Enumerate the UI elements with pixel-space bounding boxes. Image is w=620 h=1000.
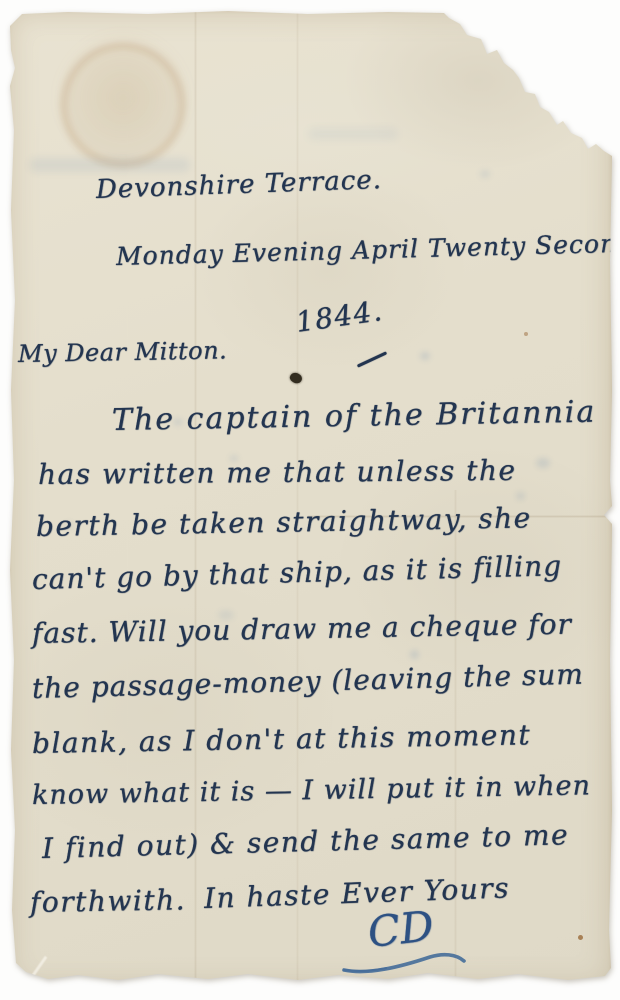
body-line: know what it is — I will put it in when	[32, 770, 591, 811]
body-line: forthwith.	[30, 883, 187, 919]
ghost-ink-offset	[308, 128, 398, 140]
ink-dash	[357, 351, 387, 367]
letter-paper: Devonshire Terrace. Monday Evening April…	[8, 10, 612, 988]
closing: In haste Ever Yours	[203, 871, 510, 915]
date-line: Monday Evening April Twenty Second	[116, 228, 620, 271]
ink-smudge	[420, 352, 430, 360]
body-line: fast. Will you draw me a cheque for	[32, 608, 572, 650]
rust-speck	[578, 935, 583, 940]
ring-stain	[60, 42, 186, 168]
ghost-ink-offset	[30, 158, 190, 172]
body-line: the passage-money (leaving the sum	[32, 658, 585, 705]
rust-speck	[524, 332, 528, 336]
body-line: has written me that unless the	[38, 454, 517, 491]
body-line: The captain of the Britannia	[112, 395, 597, 438]
ink-smudge	[410, 650, 419, 659]
paper-crack	[28, 956, 48, 982]
salutation: My Dear Mitton.	[18, 336, 228, 368]
year-line: 1844.	[294, 294, 385, 339]
body-line: can't go by that ship, as it is filling	[32, 549, 563, 596]
letter-scan: Devonshire Terrace. Monday Evening April…	[0, 0, 620, 1000]
ink-smudge	[536, 458, 550, 468]
signature-flourish	[338, 948, 478, 976]
body-line: I find out) & send the same to me	[42, 818, 570, 865]
ink-smudge	[516, 492, 525, 500]
ink-blot	[288, 371, 303, 386]
body-line: berth be taken straightway, she	[36, 501, 532, 543]
ink-smudge	[480, 170, 490, 178]
paper-shadow: Devonshire Terrace. Monday Evening April…	[8, 10, 612, 988]
